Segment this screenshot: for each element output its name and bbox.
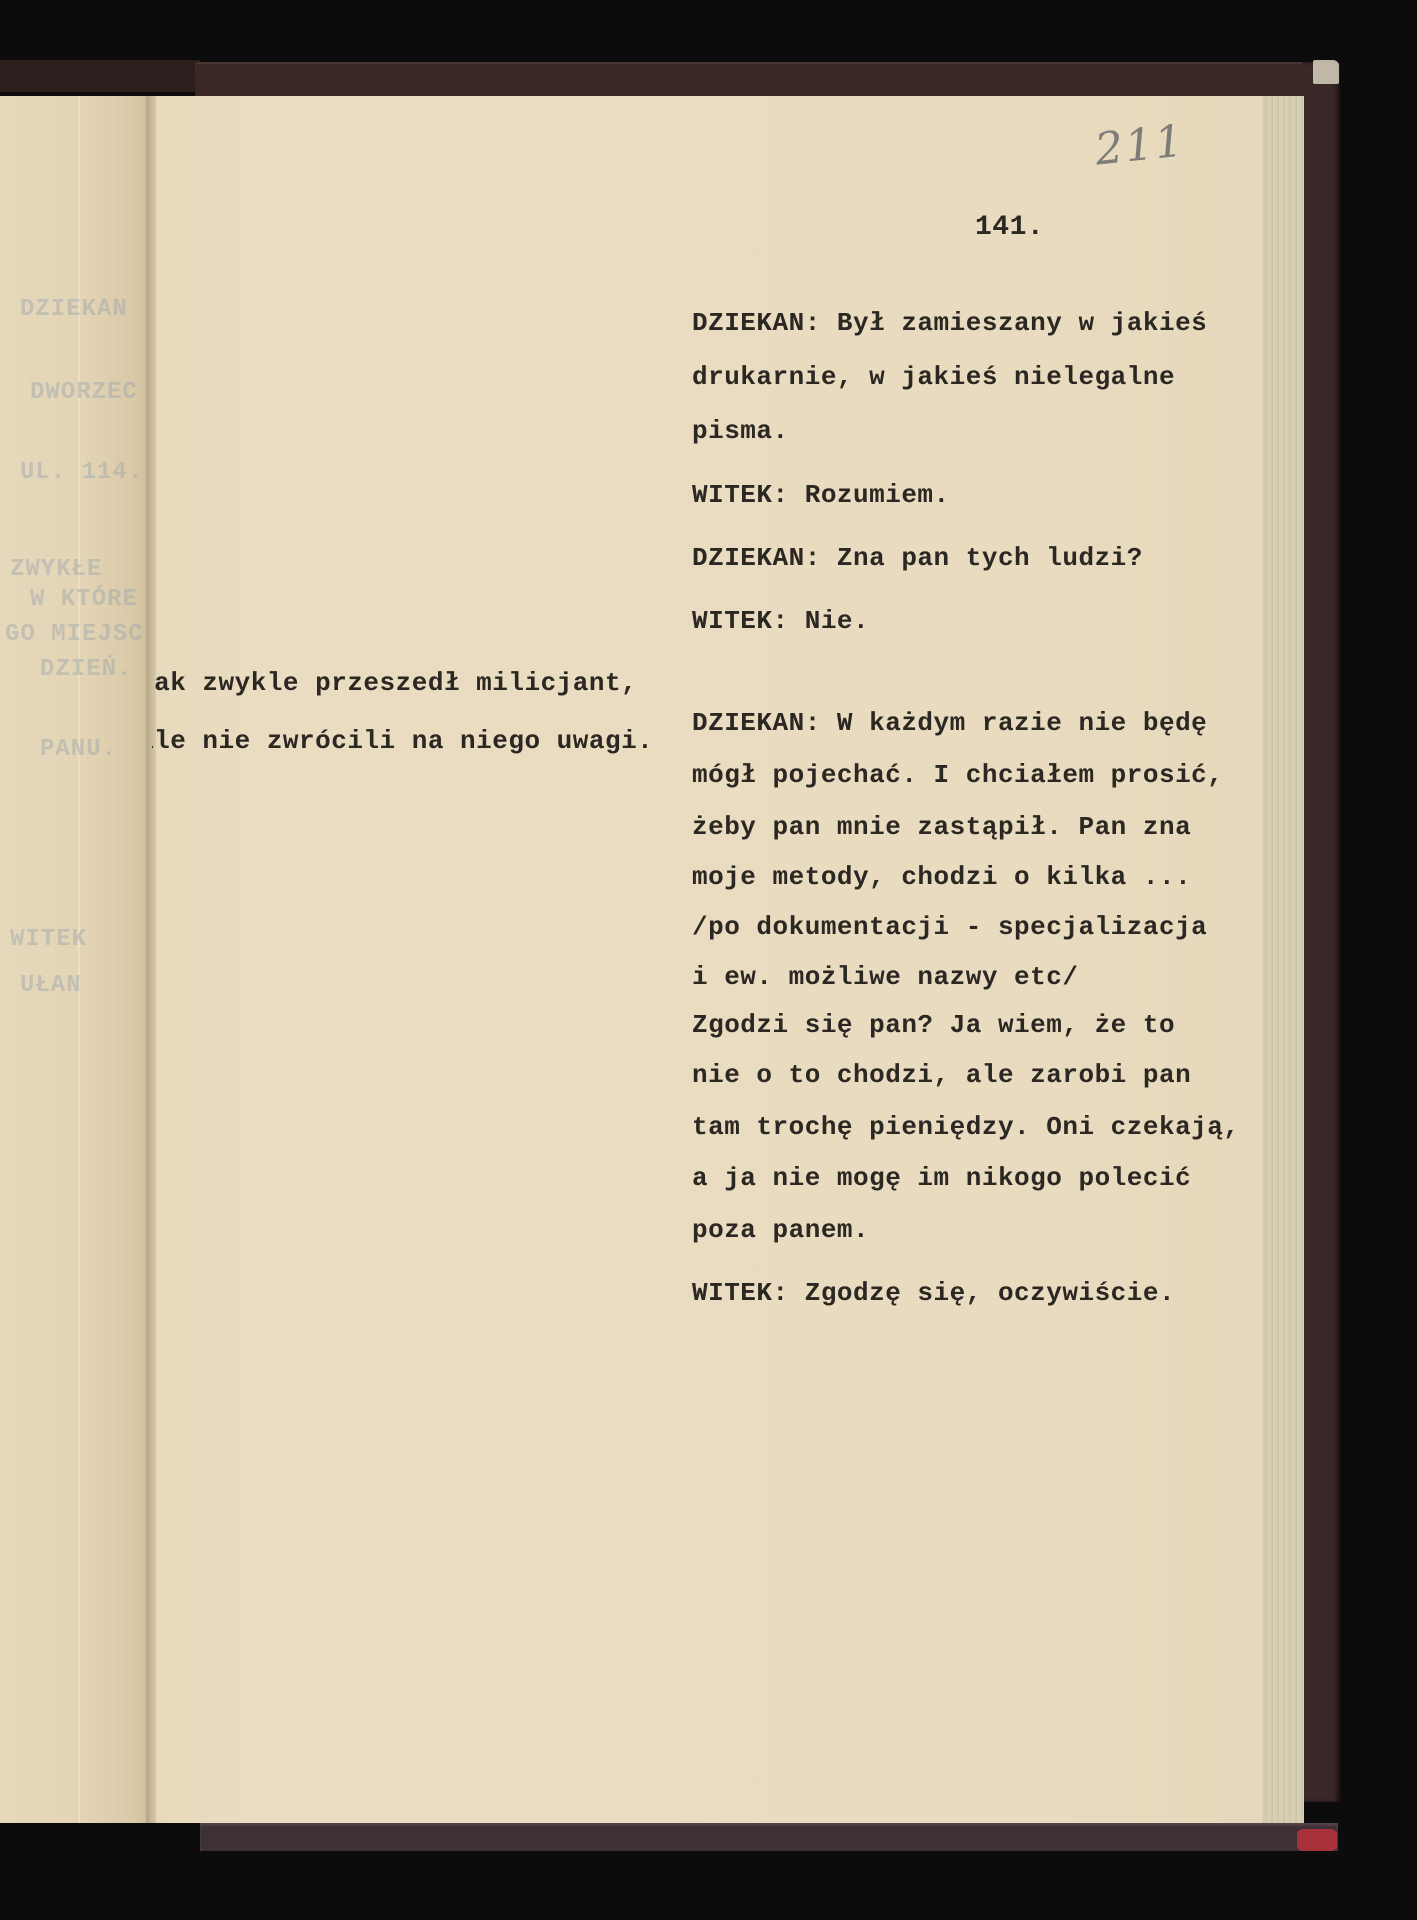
- text-line: WITEK: Rozumiem.: [692, 480, 950, 510]
- left-line: Jak zwykle przeszedł milicjant,: [152, 668, 637, 698]
- text-line: a ja nie mogę im nikogo polecić: [692, 1163, 1191, 1193]
- text-line: nie o to chodzi, ale zarobi pan: [692, 1060, 1191, 1090]
- book-cover-edge-left: [0, 60, 200, 92]
- text-line: /po dokumentacji - specjalizacja: [692, 912, 1207, 942]
- text-line: DZIEKAN: W każdym razie nie będę: [692, 708, 1207, 738]
- text-line: drukarnie, w jakieś nielegalne: [692, 362, 1175, 392]
- text-line: żeby pan mnie zastąpił. Pan zna: [692, 812, 1191, 842]
- left-page-text: Jak zwykle przeszedł milicjant, ale nie …: [152, 96, 672, 796]
- text-line: poza panem.: [692, 1215, 869, 1245]
- book-cover-bottom: [200, 1823, 1338, 1851]
- book-cover-right: [1302, 62, 1340, 1802]
- book-cover-top: [195, 62, 1337, 98]
- page-edges: [1262, 96, 1304, 1823]
- text-line: DZIEKAN: Był zamieszany w jakieś: [692, 308, 1207, 338]
- text-line: DZIEKAN: Zna pan tych ludzi?: [692, 543, 1143, 573]
- left-page-ghost-text: DZIEKAN DWORZEC UL. 114. ZWYKŁE W KTÓRE …: [0, 96, 160, 1823]
- text-line: WITEK: Nie.: [692, 606, 869, 636]
- left-line: ale nie zwrócili na niego uwagi.: [152, 726, 653, 756]
- text-line: i ew. możliwe nazwy etc/: [692, 962, 1078, 992]
- text-line: tam trochę pieniędzy. Oni czekają,: [692, 1112, 1240, 1142]
- page-number: 141.: [975, 212, 1044, 243]
- cover-corner-bottom: [1297, 1829, 1337, 1851]
- text-line: mógł pojechać. I chciałem prosić,: [692, 760, 1223, 790]
- cover-corner-top: [1313, 60, 1339, 84]
- text-line: Zgodzi się pan? Ja wiem, że to: [692, 1010, 1175, 1040]
- text-line: pisma.: [692, 416, 789, 446]
- text-line: WITEK: Zgodzę się, oczywiście.: [692, 1278, 1175, 1308]
- text-line: moje metody, chodzi o kilka ...: [692, 862, 1191, 892]
- archive-number: 211: [1093, 115, 1188, 175]
